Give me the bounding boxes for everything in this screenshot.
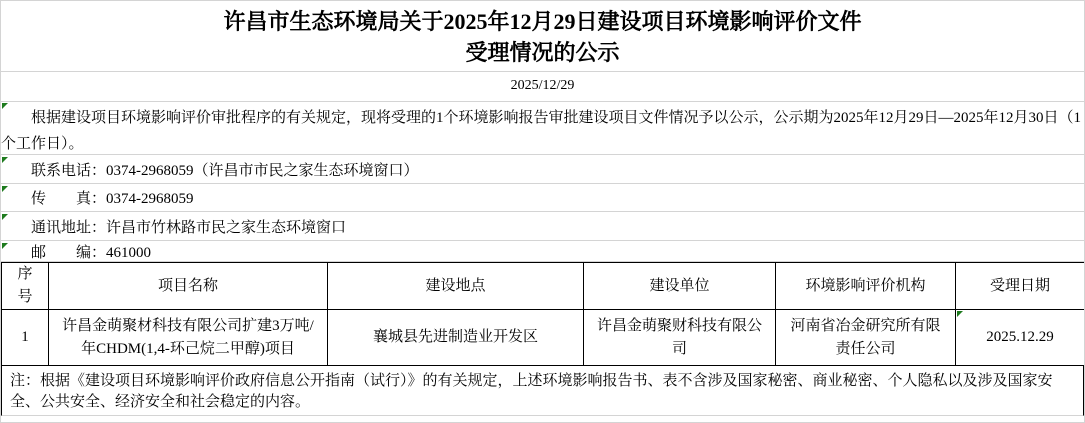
col-header-project-name: 项目名称 (49, 263, 328, 310)
error-flag-icon (2, 186, 8, 192)
intro-row: 根据建设项目环境影响评价审批程序的有关规定，现将受理的1个环境影响报告审批建设项… (1, 102, 1084, 155)
col-header-builder: 建设单位 (584, 263, 776, 310)
contact-phone-text: 联系电话：0374-2968059（许昌市市民之家生态环境窗口） (31, 159, 419, 180)
page-title: 许昌市生态环境局关于2025年12月29日建设项目环境影响评价文件 受理情况的公… (1, 1, 1084, 72)
error-flag-icon (2, 157, 8, 163)
contact-phone: 联系电话：0374-2968059（许昌市市民之家生态环境窗口） (1, 155, 1084, 184)
col-header-eia-agency: 环境影响评价机构 (776, 263, 956, 310)
contact-address-text: 通讯地址：许昌市竹林路市民之家生态环境窗口 (31, 216, 346, 237)
cell-location: 襄城县先进制造业开发区 (328, 310, 584, 366)
contact-zipcode-text: 邮 编：461000 (31, 241, 151, 262)
acceptance-table: 序号 项目名称 建设地点 建设单位 环境影响评价机构 受理日期 1 许昌金萌聚材… (1, 262, 1085, 366)
contact-fax: 传 真：0374-2968059 (1, 184, 1084, 212)
error-flag-icon (2, 103, 8, 109)
contact-zipcode: 邮 编：461000 (1, 241, 1084, 262)
publish-date: 2025/12/29 (1, 72, 1084, 102)
table-header-row: 序号 项目名称 建设地点 建设单位 环境影响评价机构 受理日期 (2, 263, 1085, 310)
table-row: 1 许昌金萌聚材科技有限公司扩建3万吨/年CHDM(1,4-环己烷二甲醇)项目 … (2, 310, 1085, 366)
col-header-location: 建设地点 (328, 263, 584, 310)
contact-fax-text: 传 真：0374-2968059 (31, 187, 194, 208)
col-header-accept-date: 受理日期 (956, 263, 1085, 310)
page-title-line1: 许昌市生态环境局关于2025年12月29日建设项目环境影响评价文件 (1, 6, 1084, 37)
intro-paragraph: 根据建设项目环境影响评价审批程序的有关规定，现将受理的1个环境影响报告审批建设项… (1, 102, 1084, 157)
error-flag-icon (2, 214, 8, 220)
col-header-index: 序号 (2, 263, 49, 310)
cell-eia-agency: 河南省冶金研究所有限责任公司 (776, 310, 956, 366)
cell-builder: 许昌金萌聚财科技有限公司 (584, 310, 776, 366)
error-flag-icon (957, 311, 963, 317)
error-flag-icon (2, 243, 8, 249)
cell-project-name: 许昌金萌聚材科技有限公司扩建3万吨/年CHDM(1,4-环己烷二甲醇)项目 (49, 310, 328, 366)
page-title-line2: 受理情况的公示 (1, 37, 1084, 68)
contact-address: 通讯地址：许昌市竹林路市民之家生态环境窗口 (1, 212, 1084, 241)
announcement-sheet: 许昌市生态环境局关于2025年12月29日建设项目环境影响评价文件 受理情况的公… (0, 0, 1085, 423)
cell-index: 1 (2, 310, 49, 366)
cell-accept-date: 2025.12.29 (956, 310, 1085, 366)
footnote: 注：根据《建设项目环境影响评价政府信息公开指南（试行）》的有关规定，上述环境影响… (1, 366, 1084, 416)
